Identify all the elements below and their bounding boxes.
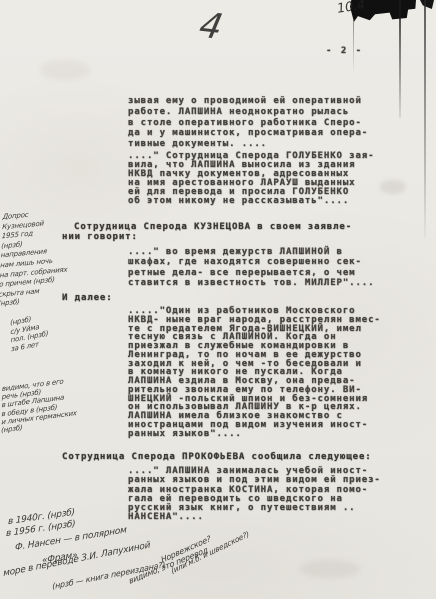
paper-smudge <box>40 60 90 80</box>
typed-heading-further: И далее: <box>62 293 113 303</box>
typed-quote-golubenko: ...." Сотрудница Сперода ГОЛУБЕНКО зая- … <box>128 152 374 206</box>
margin-annotation-mid: (нрзб) с/у Уйма пол. (нрзб) за 6 лет <box>10 312 49 353</box>
typed-heading-kuznetsova: Сотрудница Сперода КУЗНЕЦОВА в своем зая… <box>62 222 352 242</box>
handwritten-page-number: 4 <box>196 6 226 48</box>
typed-quote-vishnetsky: ....."Один из работников Московского НКВ… <box>128 307 381 438</box>
paper-smudge <box>300 560 360 578</box>
fold-line-right <box>424 0 426 238</box>
scanned-document-page: 4 10.4 - 2 - зывая ему о проводимой ей о… <box>0 0 436 599</box>
typed-heading-prokofieva: Сотрудница Сперода ПРОКОФЬЕВА сообщила с… <box>62 452 372 462</box>
typed-quote-kuznetsova: ...." во время дежурств ЛАПШИНОЙ в шкафа… <box>128 247 374 289</box>
paper-smudge <box>380 180 406 194</box>
typed-quote-prokofieva: ...." ЛАПШИНА занималась учебой иност- р… <box>128 467 381 523</box>
fold-line-dark <box>399 0 401 118</box>
margin-annotation-lower: видимо, что в его речь (нрзб) в штабе Ла… <box>1 376 77 435</box>
typed-page-number: - 2 - <box>326 46 363 56</box>
ink-tick-artifact <box>420 0 434 9</box>
typed-paragraph-intro: зывая ему о проводимой ей оперативной ра… <box>128 96 368 150</box>
margin-annotation-top: Допрос Кузнецовой 1955 год (нрзб) направ… <box>0 207 71 310</box>
